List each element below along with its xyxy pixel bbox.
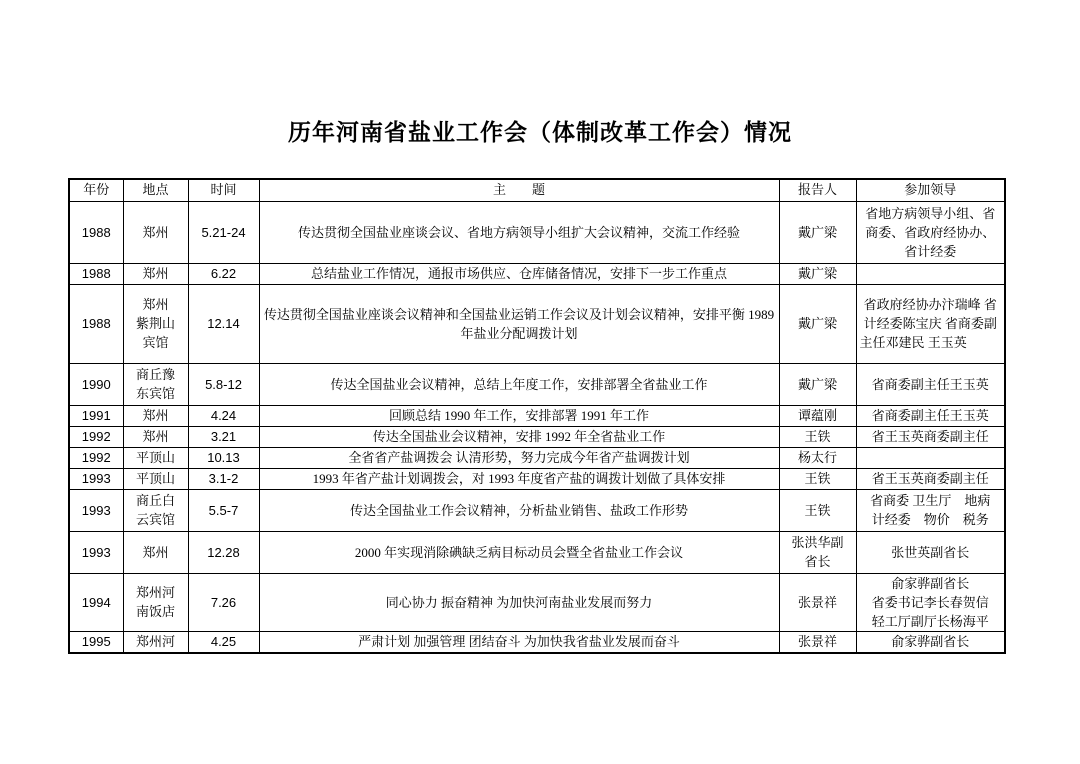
place-cell: 郑州河 南饭店	[123, 573, 188, 631]
time-cell: 5.21-24	[188, 201, 259, 263]
place-cell: 平顶山	[123, 447, 188, 468]
subject-cell: 传达全国盐业会议精神，总结上年度工作，安排部署全省盐业工作	[259, 363, 779, 405]
reporter-cell: 戴广梁	[779, 201, 856, 263]
table-row: 1992 郑州 3.21 传达全国盐业会议精神，安排 1992 年全省盐业工作 …	[69, 426, 1005, 447]
reporter-cell: 戴广梁	[779, 284, 856, 363]
leaders-cell: 省政府经协办汴瑞峰 省计经委陈宝庆 省商委副主任邓建民 王玉英	[856, 284, 1005, 363]
reporter-cell: 戴广梁	[779, 263, 856, 284]
col-header-subject: 主 题	[259, 179, 779, 201]
place-cell: 郑州	[123, 201, 188, 263]
table-row: 1992 平顶山 10.13 全省省产盐调拨会 认清形势，努力完成今年省产盐调拨…	[69, 447, 1005, 468]
reporter-cell: 谭蕴刚	[779, 405, 856, 426]
col-header-time: 时间	[188, 179, 259, 201]
place-cell: 郑州	[123, 426, 188, 447]
reporter-cell: 杨太行	[779, 447, 856, 468]
time-cell: 4.24	[188, 405, 259, 426]
subject-cell: 传达全国盐业会议精神，安排 1992 年全省盐业工作	[259, 426, 779, 447]
leaders-cell: 省地方病领导小组、省 商委、省政府经协办、 省计经委	[856, 201, 1005, 263]
subject-cell: 1993 年省产盐计划调拨会，对 1993 年度省产盐的调拨计划做了具体安排	[259, 468, 779, 489]
table-row: 1993 郑州 12.28 2000 年实现消除碘缺乏病目标动员会暨全省盐业工作…	[69, 531, 1005, 573]
time-cell: 12.14	[188, 284, 259, 363]
time-cell: 3.21	[188, 426, 259, 447]
subject-cell: 全省省产盐调拨会 认清形势，努力完成今年省产盐调拨计划	[259, 447, 779, 468]
leaders-cell: 俞家骅副省长 省委书记李长春贺信 轻工厅副厅长杨海平	[856, 573, 1005, 631]
col-header-leaders: 参加领导	[856, 179, 1005, 201]
leaders-cell: 省王玉英商委副主任	[856, 468, 1005, 489]
place-cell: 郑州 紫荆山 宾馆	[123, 284, 188, 363]
col-header-place: 地点	[123, 179, 188, 201]
table-row: 1988 郑州 5.21-24 传达贯彻全国盐业座谈会议、省地方病领导小组扩大会…	[69, 201, 1005, 263]
subject-cell: 传达全国盐业工作会议精神，分析盐业销售、盐政工作形势	[259, 489, 779, 531]
year-cell: 1993	[69, 468, 123, 489]
col-header-year: 年份	[69, 179, 123, 201]
year-cell: 1990	[69, 363, 123, 405]
time-cell: 6.22	[188, 263, 259, 284]
conference-table: 年份 地点 时间 主 题 报告人 参加领导 1988 郑州 5.21-24 传达…	[68, 178, 1006, 654]
time-cell: 12.28	[188, 531, 259, 573]
year-cell: 1988	[69, 263, 123, 284]
table-row: 1993 平顶山 3.1-2 1993 年省产盐计划调拨会，对 1993 年度省…	[69, 468, 1005, 489]
header-row: 年份 地点 时间 主 题 报告人 参加领导	[69, 179, 1005, 201]
table-row: 1993 商丘白 云宾馆 5.5-7 传达全国盐业工作会议精神，分析盐业销售、盐…	[69, 489, 1005, 531]
place-cell: 商丘白 云宾馆	[123, 489, 188, 531]
page-title: 历年河南省盐业工作会（体制改革工作会）情况	[0, 114, 1080, 147]
subject-cell: 同心协力 振奋精神 为加快河南盐业发展而努力	[259, 573, 779, 631]
reporter-cell: 张景祥	[779, 573, 856, 631]
year-cell: 1992	[69, 426, 123, 447]
time-cell: 5.5-7	[188, 489, 259, 531]
leaders-cell: 省商委 卫生厅 地病 计经委 物价 税务	[856, 489, 1005, 531]
place-cell: 郑州	[123, 405, 188, 426]
table-row: 1990 商丘豫 东宾馆 5.8-12 传达全国盐业会议精神，总结上年度工作，安…	[69, 363, 1005, 405]
time-cell: 5.8-12	[188, 363, 259, 405]
reporter-cell: 王铁	[779, 489, 856, 531]
reporter-cell: 戴广梁	[779, 363, 856, 405]
year-cell: 1988	[69, 201, 123, 263]
reporter-cell: 王铁	[779, 426, 856, 447]
reporter-cell: 张景祥	[779, 631, 856, 653]
year-cell: 1991	[69, 405, 123, 426]
year-cell: 1993	[69, 489, 123, 531]
table-row: 1991 郑州 4.24 回顾总结 1990 年工作，安排部署 1991 年工作…	[69, 405, 1005, 426]
subject-cell: 传达贯彻全国盐业座谈会议精神和全国盐业运销工作会议及计划会议精神，安排平衡 19…	[259, 284, 779, 363]
leaders-cell: 张世英副省长	[856, 531, 1005, 573]
place-cell: 郑州河	[123, 631, 188, 653]
year-cell: 1993	[69, 531, 123, 573]
leaders-cell: 省商委副主任王玉英	[856, 405, 1005, 426]
table-row: 1988 郑州 紫荆山 宾馆 12.14 传达贯彻全国盐业座谈会议精神和全国盐业…	[69, 284, 1005, 363]
table-row: 1988 郑州 6.22 总结盐业工作情况，通报市场供应、仓库储备情况，安排下一…	[69, 263, 1005, 284]
place-cell: 商丘豫 东宾馆	[123, 363, 188, 405]
table-row: 1994 郑州河 南饭店 7.26 同心协力 振奋精神 为加快河南盐业发展而努力…	[69, 573, 1005, 631]
subject-cell: 严肃计划 加强管理 团结奋斗 为加快我省盐业发展而奋斗	[259, 631, 779, 653]
leaders-cell: 省商委副主任王玉英	[856, 363, 1005, 405]
time-cell: 4.25	[188, 631, 259, 653]
col-header-reporter: 报告人	[779, 179, 856, 201]
year-cell: 1992	[69, 447, 123, 468]
year-cell: 1995	[69, 631, 123, 653]
year-cell: 1988	[69, 284, 123, 363]
subject-cell: 2000 年实现消除碘缺乏病目标动员会暨全省盐业工作会议	[259, 531, 779, 573]
leaders-cell	[856, 263, 1005, 284]
time-cell: 7.26	[188, 573, 259, 631]
place-cell: 郑州	[123, 263, 188, 284]
year-cell: 1994	[69, 573, 123, 631]
place-cell: 郑州	[123, 531, 188, 573]
subject-cell: 总结盐业工作情况，通报市场供应、仓库储备情况，安排下一步工作重点	[259, 263, 779, 284]
table-row: 1995 郑州河 4.25 严肃计划 加强管理 团结奋斗 为加快我省盐业发展而奋…	[69, 631, 1005, 653]
leaders-cell: 省王玉英商委副主任	[856, 426, 1005, 447]
reporter-cell: 王铁	[779, 468, 856, 489]
reporter-cell: 张洪华副 省长	[779, 531, 856, 573]
leaders-cell	[856, 447, 1005, 468]
time-cell: 10.13	[188, 447, 259, 468]
place-cell: 平顶山	[123, 468, 188, 489]
subject-cell: 传达贯彻全国盐业座谈会议、省地方病领导小组扩大会议精神，交流工作经验	[259, 201, 779, 263]
subject-cell: 回顾总结 1990 年工作，安排部署 1991 年工作	[259, 405, 779, 426]
leaders-cell: 俞家骅副省长	[856, 631, 1005, 653]
time-cell: 3.1-2	[188, 468, 259, 489]
